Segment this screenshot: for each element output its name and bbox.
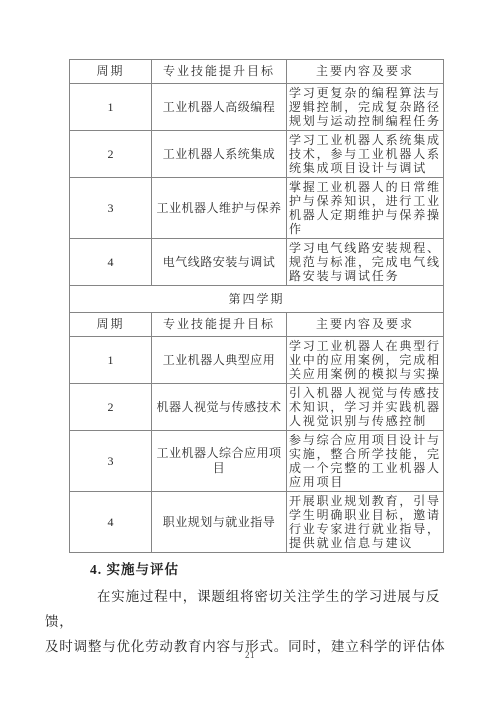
col-header-goal: 专业技能提升目标 — [152, 60, 287, 84]
period-cell: 4 — [70, 239, 152, 286]
period-cell: 3 — [70, 431, 152, 492]
content-cell: 学习工业机器人系统集成技术，参与工业机器人系统集成项目设计与调试 — [287, 131, 444, 178]
content-cell: 开展职业规划教育，引导学生明确职业目标，邀请行业专家进行就业指导，提供就业信息与… — [287, 492, 444, 553]
table-row: 4 电气线路安装与调试 学习电气线路安装规程、规范与标准，完成电气线路安装与调试… — [70, 239, 444, 286]
semester-divider-row: 第四学期 — [70, 286, 444, 313]
content-cell: 学习工业机器人在典型行业中的应用案例，完成相关应用案例的模拟与实操 — [287, 337, 444, 384]
col-header-goal: 专业技能提升目标 — [152, 313, 287, 337]
content-cell: 掌握工业机器人的日常维护与保养知识，进行工业机器人定期维护与保养操作 — [287, 178, 444, 239]
col-header-content: 主要内容及要求 — [287, 313, 444, 337]
goal-cell: 工业机器人系统集成 — [152, 131, 287, 178]
table-row: 3 工业机器人维护与保养 掌握工业机器人的日常维护与保养知识，进行工业机器人定期… — [70, 178, 444, 239]
period-cell: 1 — [70, 84, 152, 131]
col-header-content: 主要内容及要求 — [287, 60, 444, 84]
goal-cell: 电气线路安装与调试 — [152, 239, 287, 286]
period-cell: 2 — [70, 384, 152, 431]
period-cell: 4 — [70, 492, 152, 553]
content-cell: 学习电气线路安装规程、规范与标准，完成电气线路安装与调试任务 — [287, 239, 444, 286]
table-row: 2 机器人视觉与传感技术 引入机器人视觉与传感技术知识，学习并实践机器人视觉识别… — [70, 384, 444, 431]
goal-cell: 工业机器人维护与保养 — [152, 178, 287, 239]
page-number: 21 — [0, 650, 500, 660]
goal-cell: 机器人视觉与传感技术 — [152, 384, 287, 431]
period-cell: 1 — [70, 337, 152, 384]
table-row: 4 职业规划与就业指导 开展职业规划教育，引导学生明确职业目标，邀请行业专家进行… — [70, 492, 444, 553]
col-header-period: 周期 — [70, 60, 152, 84]
skills-schedule-table: 周期 专业技能提升目标 主要内容及要求 1 工业机器人高级编程 学习更复杂的编程… — [69, 59, 444, 553]
content-cell: 学习更复杂的编程算法与逻辑控制，完成复杂路径规划与运动控制编程任务 — [287, 84, 444, 131]
table-header-row-semester4: 周期 专业技能提升目标 主要内容及要求 — [70, 313, 444, 337]
goal-cell: 工业机器人综合应用项目 — [152, 431, 287, 492]
implementation-evaluation-section: 4. 实施与评估 在实施过程中，课题组将密切关注学生的学习进展与反馈， 及时调整… — [45, 561, 457, 659]
period-cell: 3 — [70, 178, 152, 239]
table-row: 2 工业机器人系统集成 学习工业机器人系统集成技术，参与工业机器人系统集成项目设… — [70, 131, 444, 178]
semester-divider-label: 第四学期 — [70, 286, 444, 313]
document-page: 周期 专业技能提升目标 主要内容及要求 1 工业机器人高级编程 学习更复杂的编程… — [0, 0, 500, 707]
paragraph-line-1: 在实施过程中，课题组将密切关注学生的学习进展与反馈， — [45, 584, 457, 634]
goal-cell: 工业机器人典型应用 — [152, 337, 287, 384]
table-row: 1 工业机器人典型应用 学习工业机器人在典型行业中的应用案例，完成相关应用案例的… — [70, 337, 444, 384]
period-cell: 2 — [70, 131, 152, 178]
table-row: 3 工业机器人综合应用项目 参与综合应用项目设计与实施，整合所学技能，完成一个完… — [70, 431, 444, 492]
section-heading: 4. 实施与评估 — [90, 561, 457, 579]
col-header-period: 周期 — [70, 313, 152, 337]
goal-cell: 工业机器人高级编程 — [152, 84, 287, 131]
table-header-row-semester3: 周期 专业技能提升目标 主要内容及要求 — [70, 60, 444, 84]
content-cell: 引入机器人视觉与传感技术知识，学习并实践机器人视觉识别与传感控制 — [287, 384, 444, 431]
content-cell: 参与综合应用项目设计与实施，整合所学技能，完成一个完整的工业机器人应用项目 — [287, 431, 444, 492]
table-row: 1 工业机器人高级编程 学习更复杂的编程算法与逻辑控制，完成复杂路径规划与运动控… — [70, 84, 444, 131]
goal-cell: 职业规划与就业指导 — [152, 492, 287, 553]
